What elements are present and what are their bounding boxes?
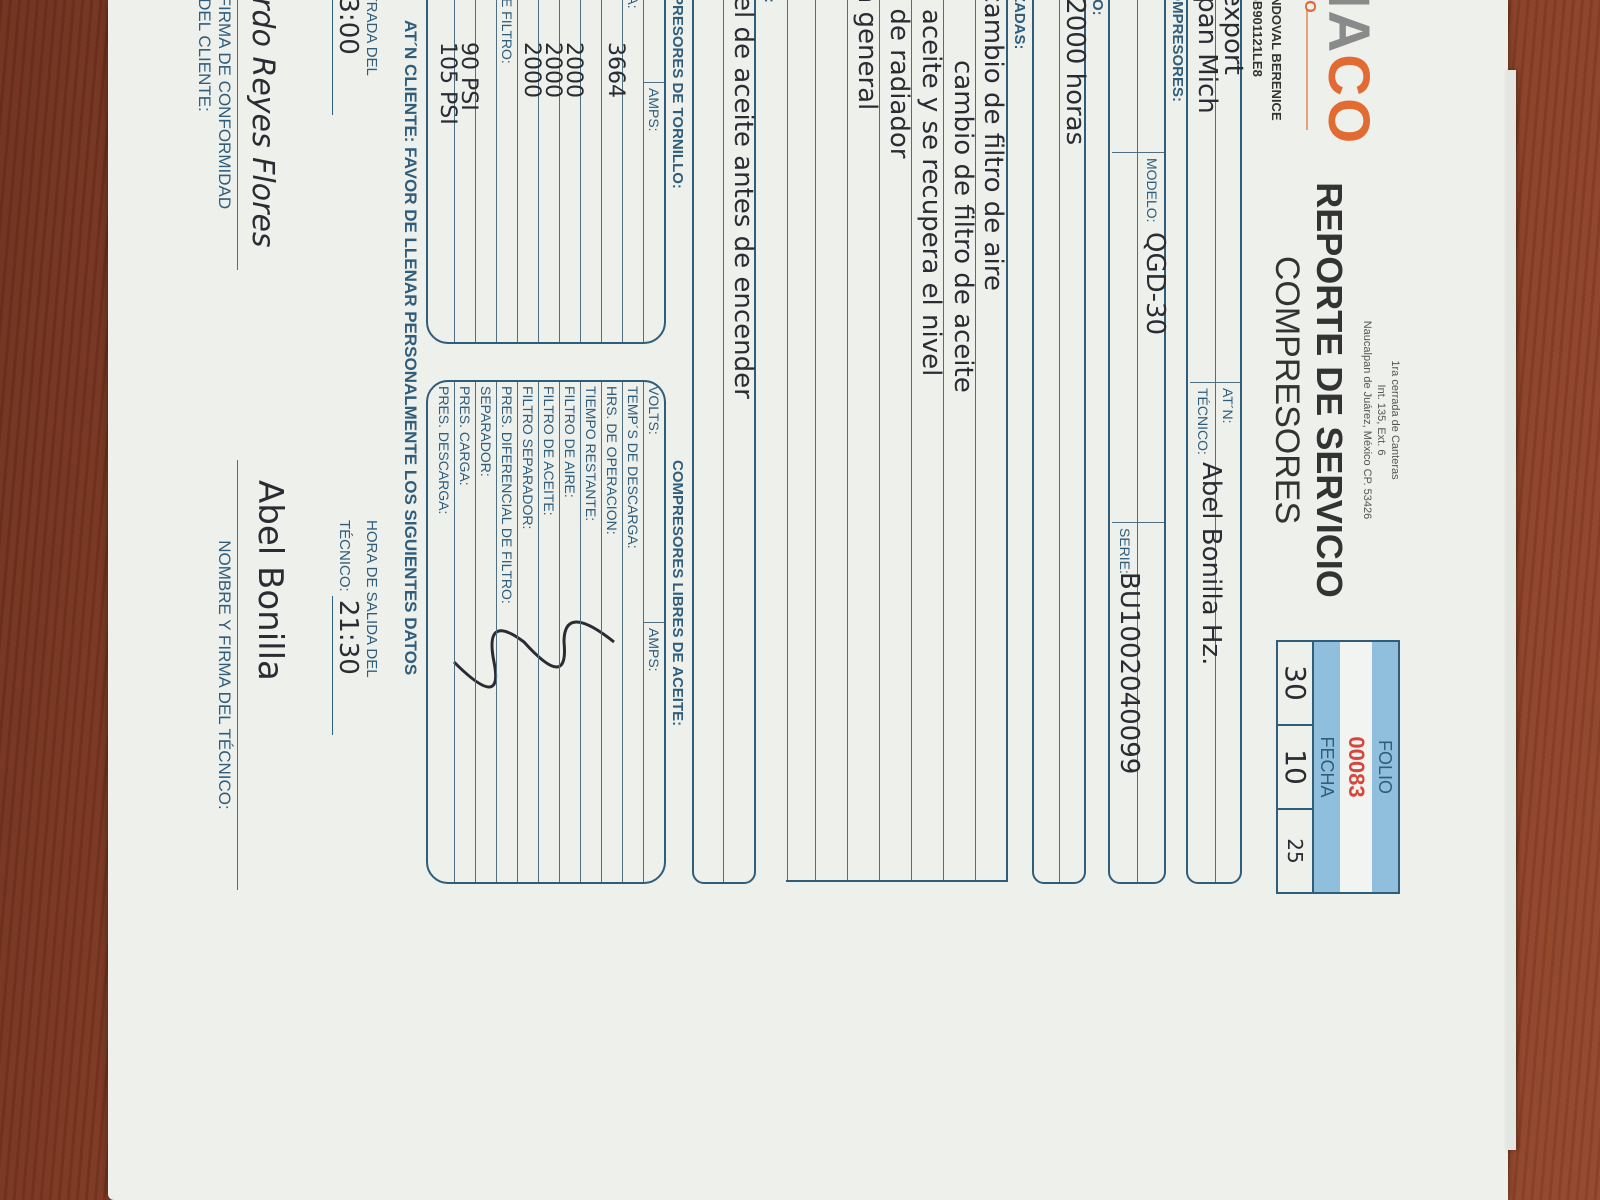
serie-label: SERIE: bbox=[1117, 528, 1133, 574]
brand-name: MACO bbox=[1315, 0, 1382, 145]
actividad-line[interactable]: -limpieza en general bbox=[852, 0, 882, 110]
recomendacion-value[interactable]: Revisar nivel de aceite antes de encende… bbox=[728, 0, 758, 399]
comp-row-label: FILTRO SEPARADOR: bbox=[520, 386, 536, 529]
folio-label: FOLIO bbox=[1372, 642, 1398, 892]
comp-row-label: PRES. DIFERENCIAL DE FILTRO: bbox=[499, 0, 515, 64]
comp-row-label: HRS. DE OPERACION: bbox=[604, 386, 620, 535]
comp-row: TIEMPO RESTANTE: bbox=[580, 382, 601, 882]
report-title: REPORTE DE SERVICIO COMPRESORES bbox=[1267, 180, 1350, 600]
tornillo-table: AMPS: VOLTS:220TEMP´S DE DESCARGA:HRS. D… bbox=[426, 0, 666, 344]
serie-value[interactable]: BU1002040099 bbox=[1114, 572, 1144, 774]
comp-row: HRS. DE OPERACION:3664 bbox=[601, 0, 622, 342]
client-notice: AT´N CLIENTE: FAVOR DE LLENAR PERSONALME… bbox=[400, 20, 420, 675]
comp-row: FILTRO SEPARADOR:2000 bbox=[517, 0, 538, 342]
client-signature-label: NOMBRE Y FIRMA DE CONFORMIDAD DEL CLIENT… bbox=[194, 0, 234, 270]
comp-row: FILTRO DE ACEITE: bbox=[538, 382, 559, 882]
client-signature[interactable]: Juan Gerardo Reyes Flores bbox=[245, 0, 280, 248]
comp-row: PRES. DESCARGA:105 PSI bbox=[434, 0, 454, 342]
fecha-label: FECHA bbox=[1314, 642, 1340, 892]
brand-underline bbox=[1306, 10, 1308, 130]
company-rfc: RFC-SASB901121LE8 bbox=[1250, 0, 1265, 160]
comp-row: HRS. DE OPERACION: bbox=[601, 382, 622, 882]
cliente-value[interactable]: Agro export bbox=[1218, 0, 1248, 75]
comp-row-label: TEMP´S DE DESCARGA: bbox=[625, 0, 641, 9]
company-info: SALMORAN SANDOVAL BERENICE RFC-SASB90112… bbox=[1246, 0, 1284, 160]
maco-logo: MACO & PRO bbox=[1292, 0, 1392, 170]
service-report-page: MACO & PRO SALMORAN SANDOVAL BERENICE RF… bbox=[50, 0, 1410, 920]
comp-row-label: PRES. CARGA: bbox=[457, 386, 473, 486]
actividad-line[interactable]: -Se realiza cambio de filtro de aire bbox=[978, 0, 1008, 291]
entrada-value[interactable]: 13:00 bbox=[332, 0, 363, 115]
comp-row: PRES. DIFERENCIAL DE FILTRO: bbox=[496, 0, 517, 342]
comp-row-label: FILTRO DE ACEITE: bbox=[541, 386, 557, 516]
tecnico-label: TÉCNICO: bbox=[1195, 388, 1211, 455]
recomendaciones-title: RECOMENDACIONES: bbox=[761, 0, 778, 3]
title-line-1: REPORTE DE SERVICIO bbox=[1308, 180, 1350, 600]
comp-row: VOLTS:220 bbox=[643, 0, 664, 342]
motivo-value[interactable]: Preventivo 2000 horas bbox=[1060, 0, 1090, 145]
client-box: CLIENTE: Agro export AT´N: DOMICILIO: Ur… bbox=[1186, 0, 1242, 884]
recomendaciones-box: Revisar nivel de aceite antes de encende… bbox=[692, 0, 756, 884]
actividades-title: ACTIVIDADES REALIZADAS: bbox=[1011, 0, 1028, 50]
tech-signature-label: NOMBRE Y FIRMA DEL TÉCNICO: bbox=[214, 460, 234, 890]
tecnico-value[interactable]: Abel Bonilla Hz. bbox=[1196, 462, 1226, 665]
fecha-fields: 30 10 25 bbox=[1278, 642, 1314, 892]
actividades-box: -Se realiza cambio de filtro de aire cam… bbox=[786, 0, 1008, 882]
actividad-line[interactable]: cambio de filtro de aceite bbox=[948, 60, 978, 393]
comp-row-label: PRES. DIFERENCIAL DE FILTRO: bbox=[499, 386, 515, 604]
fecha-month[interactable]: 10 bbox=[1278, 726, 1312, 810]
comp-row-label: TEMP´S DE DESCARGA: bbox=[625, 386, 641, 549]
comp-row-label: TIEMPO RESTANTE: bbox=[583, 386, 599, 521]
salida-label: HORA DE SALIDA DEL TÉCNICO: 21:30 bbox=[333, 520, 380, 735]
brand-sub: & PRO bbox=[1300, 0, 1318, 13]
folio-date-box: FOLIO 00083 FECHA 30 10 25 bbox=[1276, 640, 1400, 894]
company-name: SALMORAN SANDOVAL BERENICE bbox=[1269, 0, 1284, 160]
libres-title: COMPRESORES LIBRES DE ACEITE: bbox=[669, 460, 686, 726]
comp-row: FILTRO DE AIRE: bbox=[559, 382, 580, 882]
libres-aceite-table: AMPS: VOLTS:TEMP´S DE DESCARGA:HRS. DE O… bbox=[426, 380, 666, 884]
comp-row-value[interactable]: 105 PSI bbox=[435, 42, 460, 125]
comp-row: PRES. DESCARGA: bbox=[434, 382, 454, 882]
entrada-label: HORA DE ENTRADA DEL TÉCNICO: 13:00 bbox=[333, 0, 380, 115]
comp-row: SEPARADOR: bbox=[475, 382, 496, 882]
actividad-line[interactable]: -Sopleteado de radiador bbox=[884, 0, 914, 158]
compressor-info-title: INFORMACIÓN DE COMPRESORES: bbox=[1169, 0, 1186, 102]
fecha-day[interactable]: 30 bbox=[1278, 642, 1312, 726]
comp-row-value[interactable]: 3664 bbox=[603, 42, 628, 98]
fecha-year[interactable]: 25 bbox=[1278, 810, 1312, 892]
salida-value[interactable]: 21:30 bbox=[332, 596, 363, 735]
comp-row-label: VOLTS: bbox=[646, 386, 662, 435]
modelo-value[interactable]: QGD-30 bbox=[1140, 232, 1170, 335]
folio-number: 00083 bbox=[1340, 642, 1372, 892]
tornillo-title: COMPRESORES DE TORNILLO: bbox=[669, 0, 686, 189]
comp-row-label: SEPARADOR: bbox=[478, 386, 494, 477]
comp-row: FILTRO SEPARADOR: bbox=[517, 382, 538, 882]
comp-row: PRES. DIFERENCIAL DE FILTRO: bbox=[496, 382, 517, 882]
comp-row-label: PRES. DESCARGA: bbox=[436, 386, 452, 514]
atn-label: AT´N: bbox=[1220, 388, 1236, 424]
motivo-box: Preventivo 2000 horas bbox=[1032, 0, 1086, 884]
comp-row: VOLTS: bbox=[643, 382, 664, 882]
domicilio-value[interactable]: Uruapan Mich bbox=[1192, 0, 1222, 114]
motivo-title: MOTIVO DEL SERVICIO: bbox=[1089, 0, 1106, 16]
actividad-line[interactable]: -Se drena el aceite y se recupera el niv… bbox=[916, 0, 946, 376]
comp-row-value[interactable]: 2000 bbox=[519, 42, 544, 98]
company-address: 1ra cerrada de Canteras Int. 135, Ext. 6… bbox=[1360, 240, 1402, 600]
compressor-info-box: MARCA: Quincy MODELO: QGD-30 TIPO: Torni… bbox=[1108, 0, 1166, 884]
tech-signature[interactable]: Abel Bonilla bbox=[250, 480, 290, 681]
comp-row-label: FILTRO DE AIRE: bbox=[562, 386, 578, 498]
modelo-label: MODELO: bbox=[1144, 158, 1160, 223]
comp-row: PRES. CARGA: bbox=[454, 382, 475, 882]
title-line-2: COMPRESORES bbox=[1267, 180, 1306, 600]
comp-row: TEMP´S DE DESCARGA: bbox=[622, 382, 643, 882]
